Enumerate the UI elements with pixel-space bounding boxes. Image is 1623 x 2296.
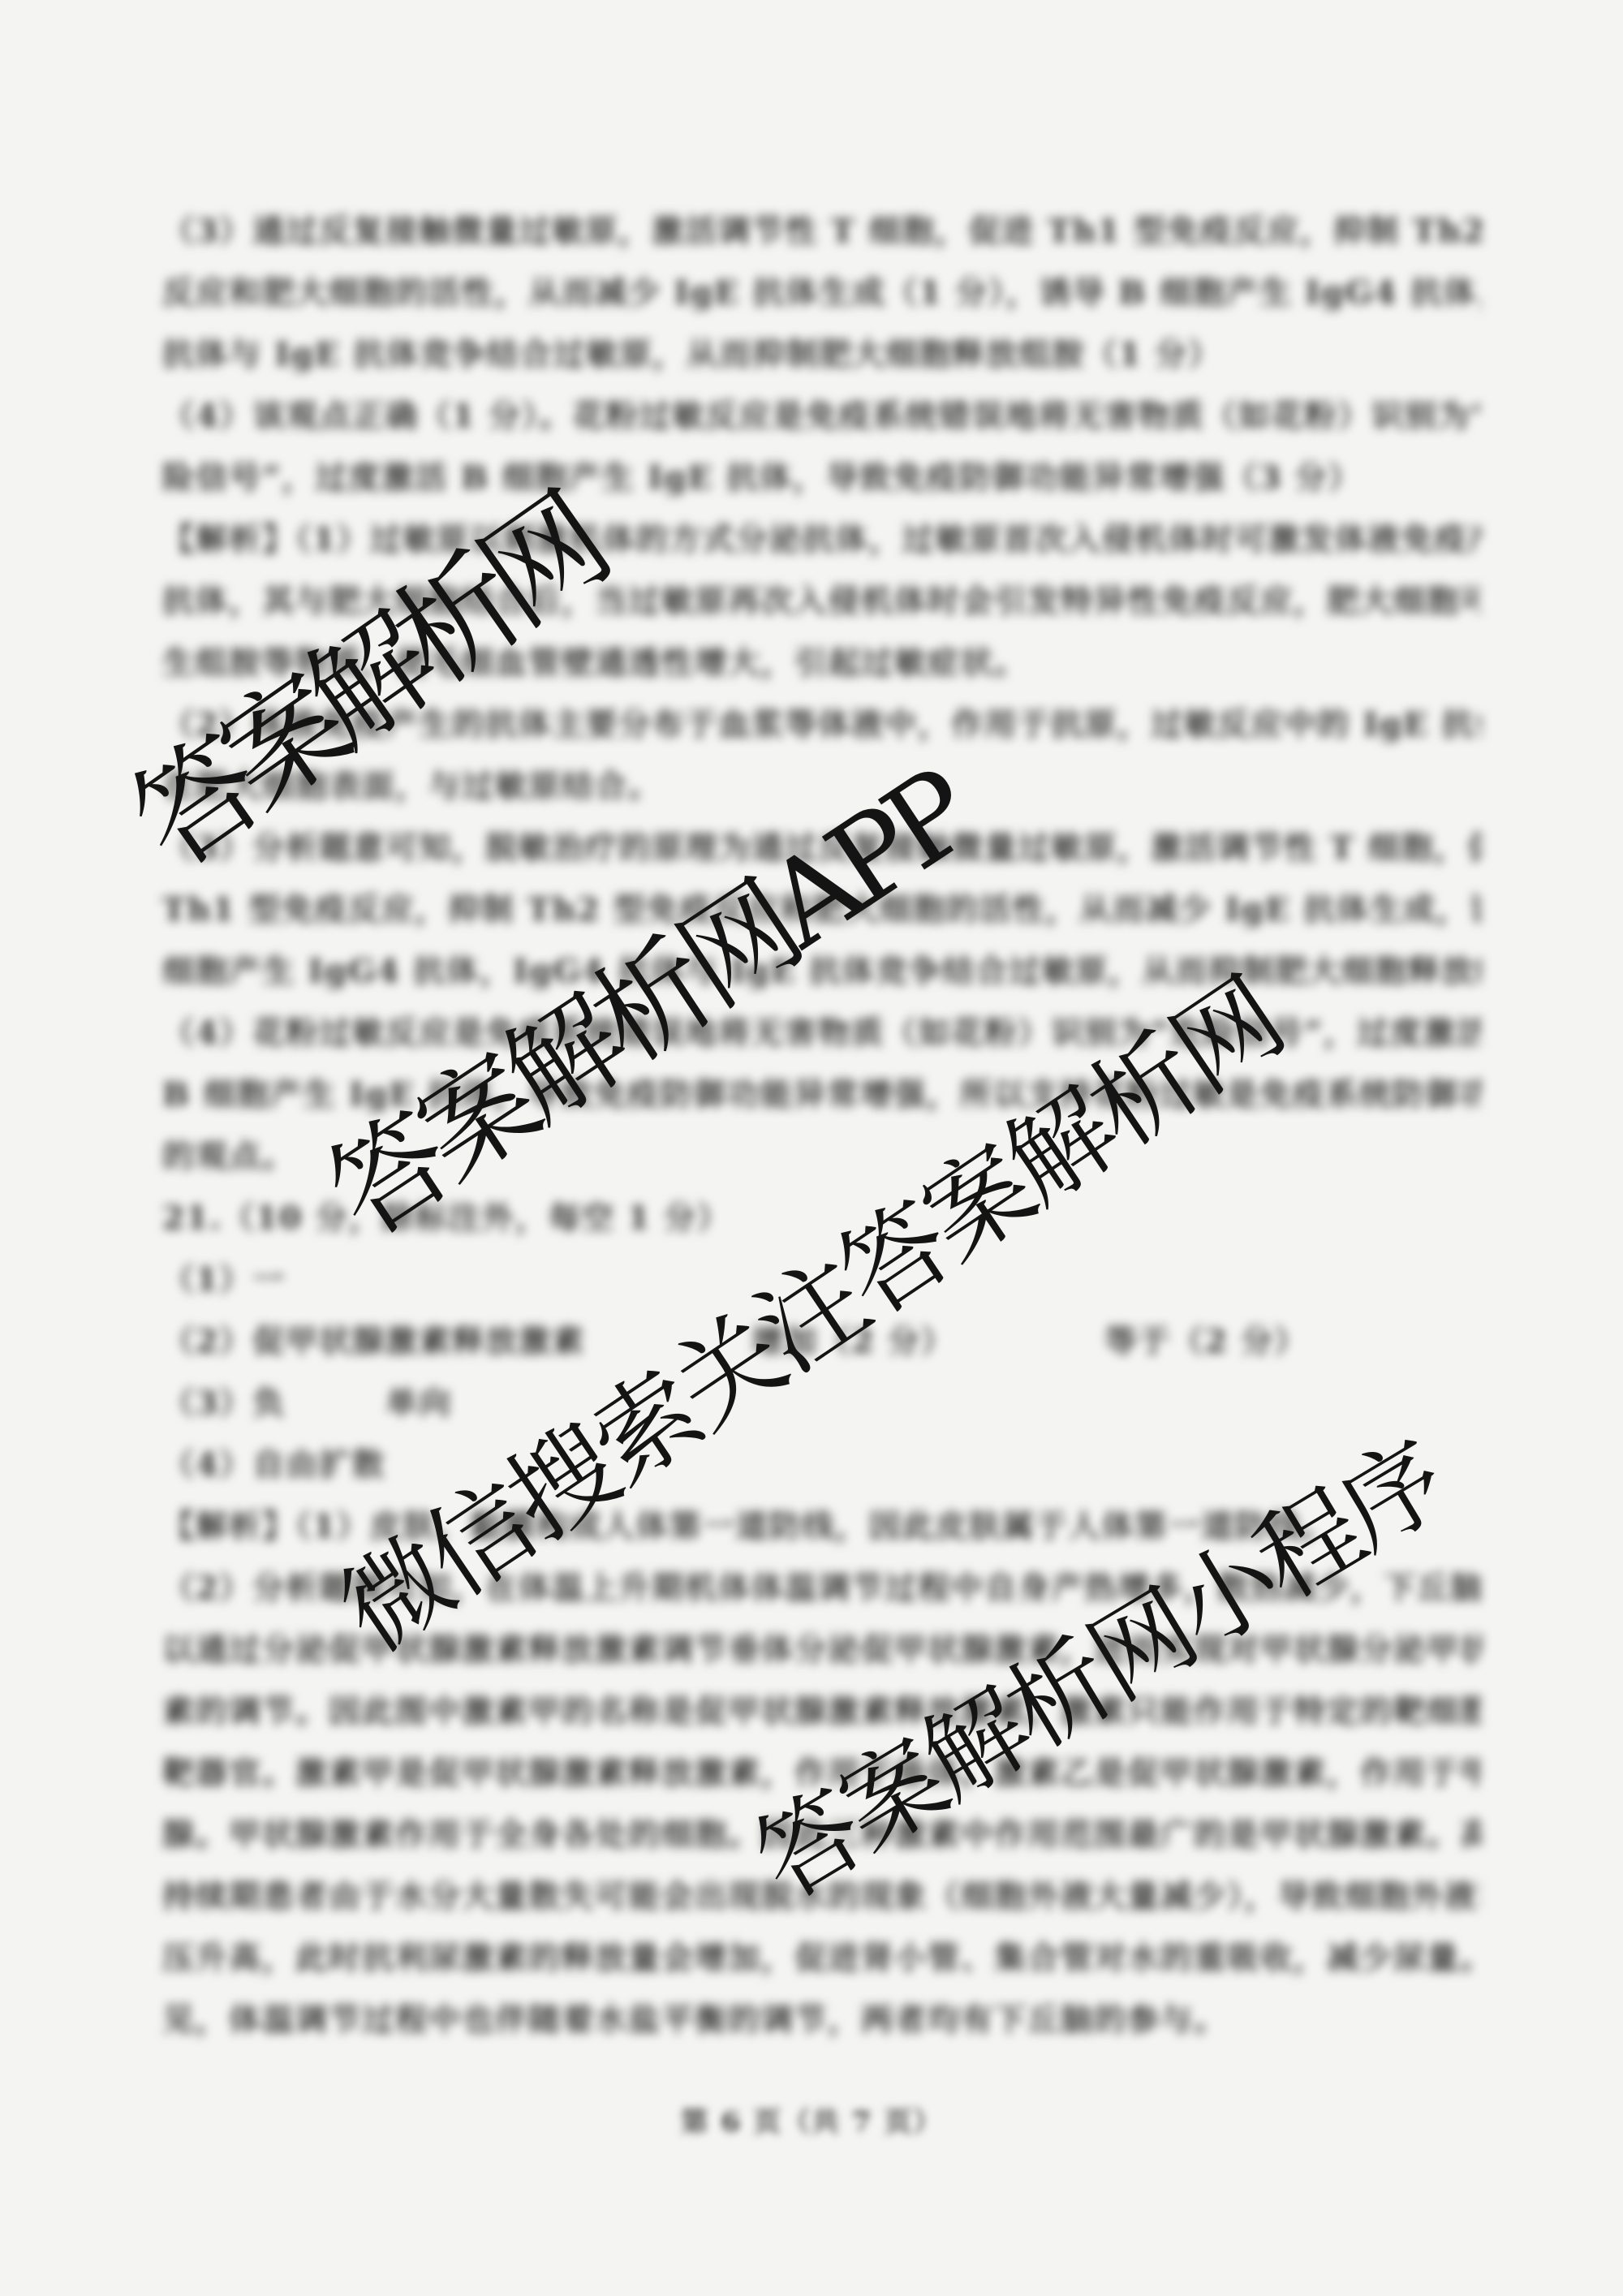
text-line: 抗体与 IgE 抗体竞争结合过敏原，从而抑制肥大细胞释放组胺（1 分）: [162, 324, 1481, 386]
text-line: 反应和肥大细胞的活性，从而减少 IgE 抗体生成（1 分），诱导 B 细胞产生 …: [162, 262, 1481, 324]
text-line: 【解析】（1）过敏原以刺激机体的方式分泌抗体，过敏原首次入侵机体时可激发体液免疫…: [162, 509, 1481, 571]
page-footer: 第 6 页（共 7 页）: [0, 2091, 1623, 2153]
text-line: （4）该观点正确（1 分）。花粉过敏反应是免疫系统错误地将无害物质（如花粉）识别…: [162, 386, 1481, 447]
text-line: （3）通过反复接触微量过敏原，激活调节性 T 细胞，促进 Th1 型免疫反应，抑…: [162, 200, 1481, 262]
text-line: 险信号”，过度激活 B 细胞产生 IgE 抗体，导致免疫防御功能异常增强（3 分…: [162, 447, 1481, 509]
scanned-answer-page: （3）通过反复接触微量过敏原，激活调节性 T 细胞，促进 Th1 型免疫反应，抑…: [0, 0, 1623, 2296]
text-line: 素的调节。因此图中激素甲的名称是促甲状腺激素释放激素。激素只能作用于特定的靶细胞…: [162, 1681, 1481, 1742]
text-line: 见，体温调节过程中也伴随着水盐平衡的调节，两者均有下丘脑的参与。: [162, 1989, 1481, 2051]
text-line: 压升高，此时抗利尿激素的释放量会增加，促进肾小管、集合管对水的重吸收，减少尿量。…: [162, 1928, 1481, 1989]
